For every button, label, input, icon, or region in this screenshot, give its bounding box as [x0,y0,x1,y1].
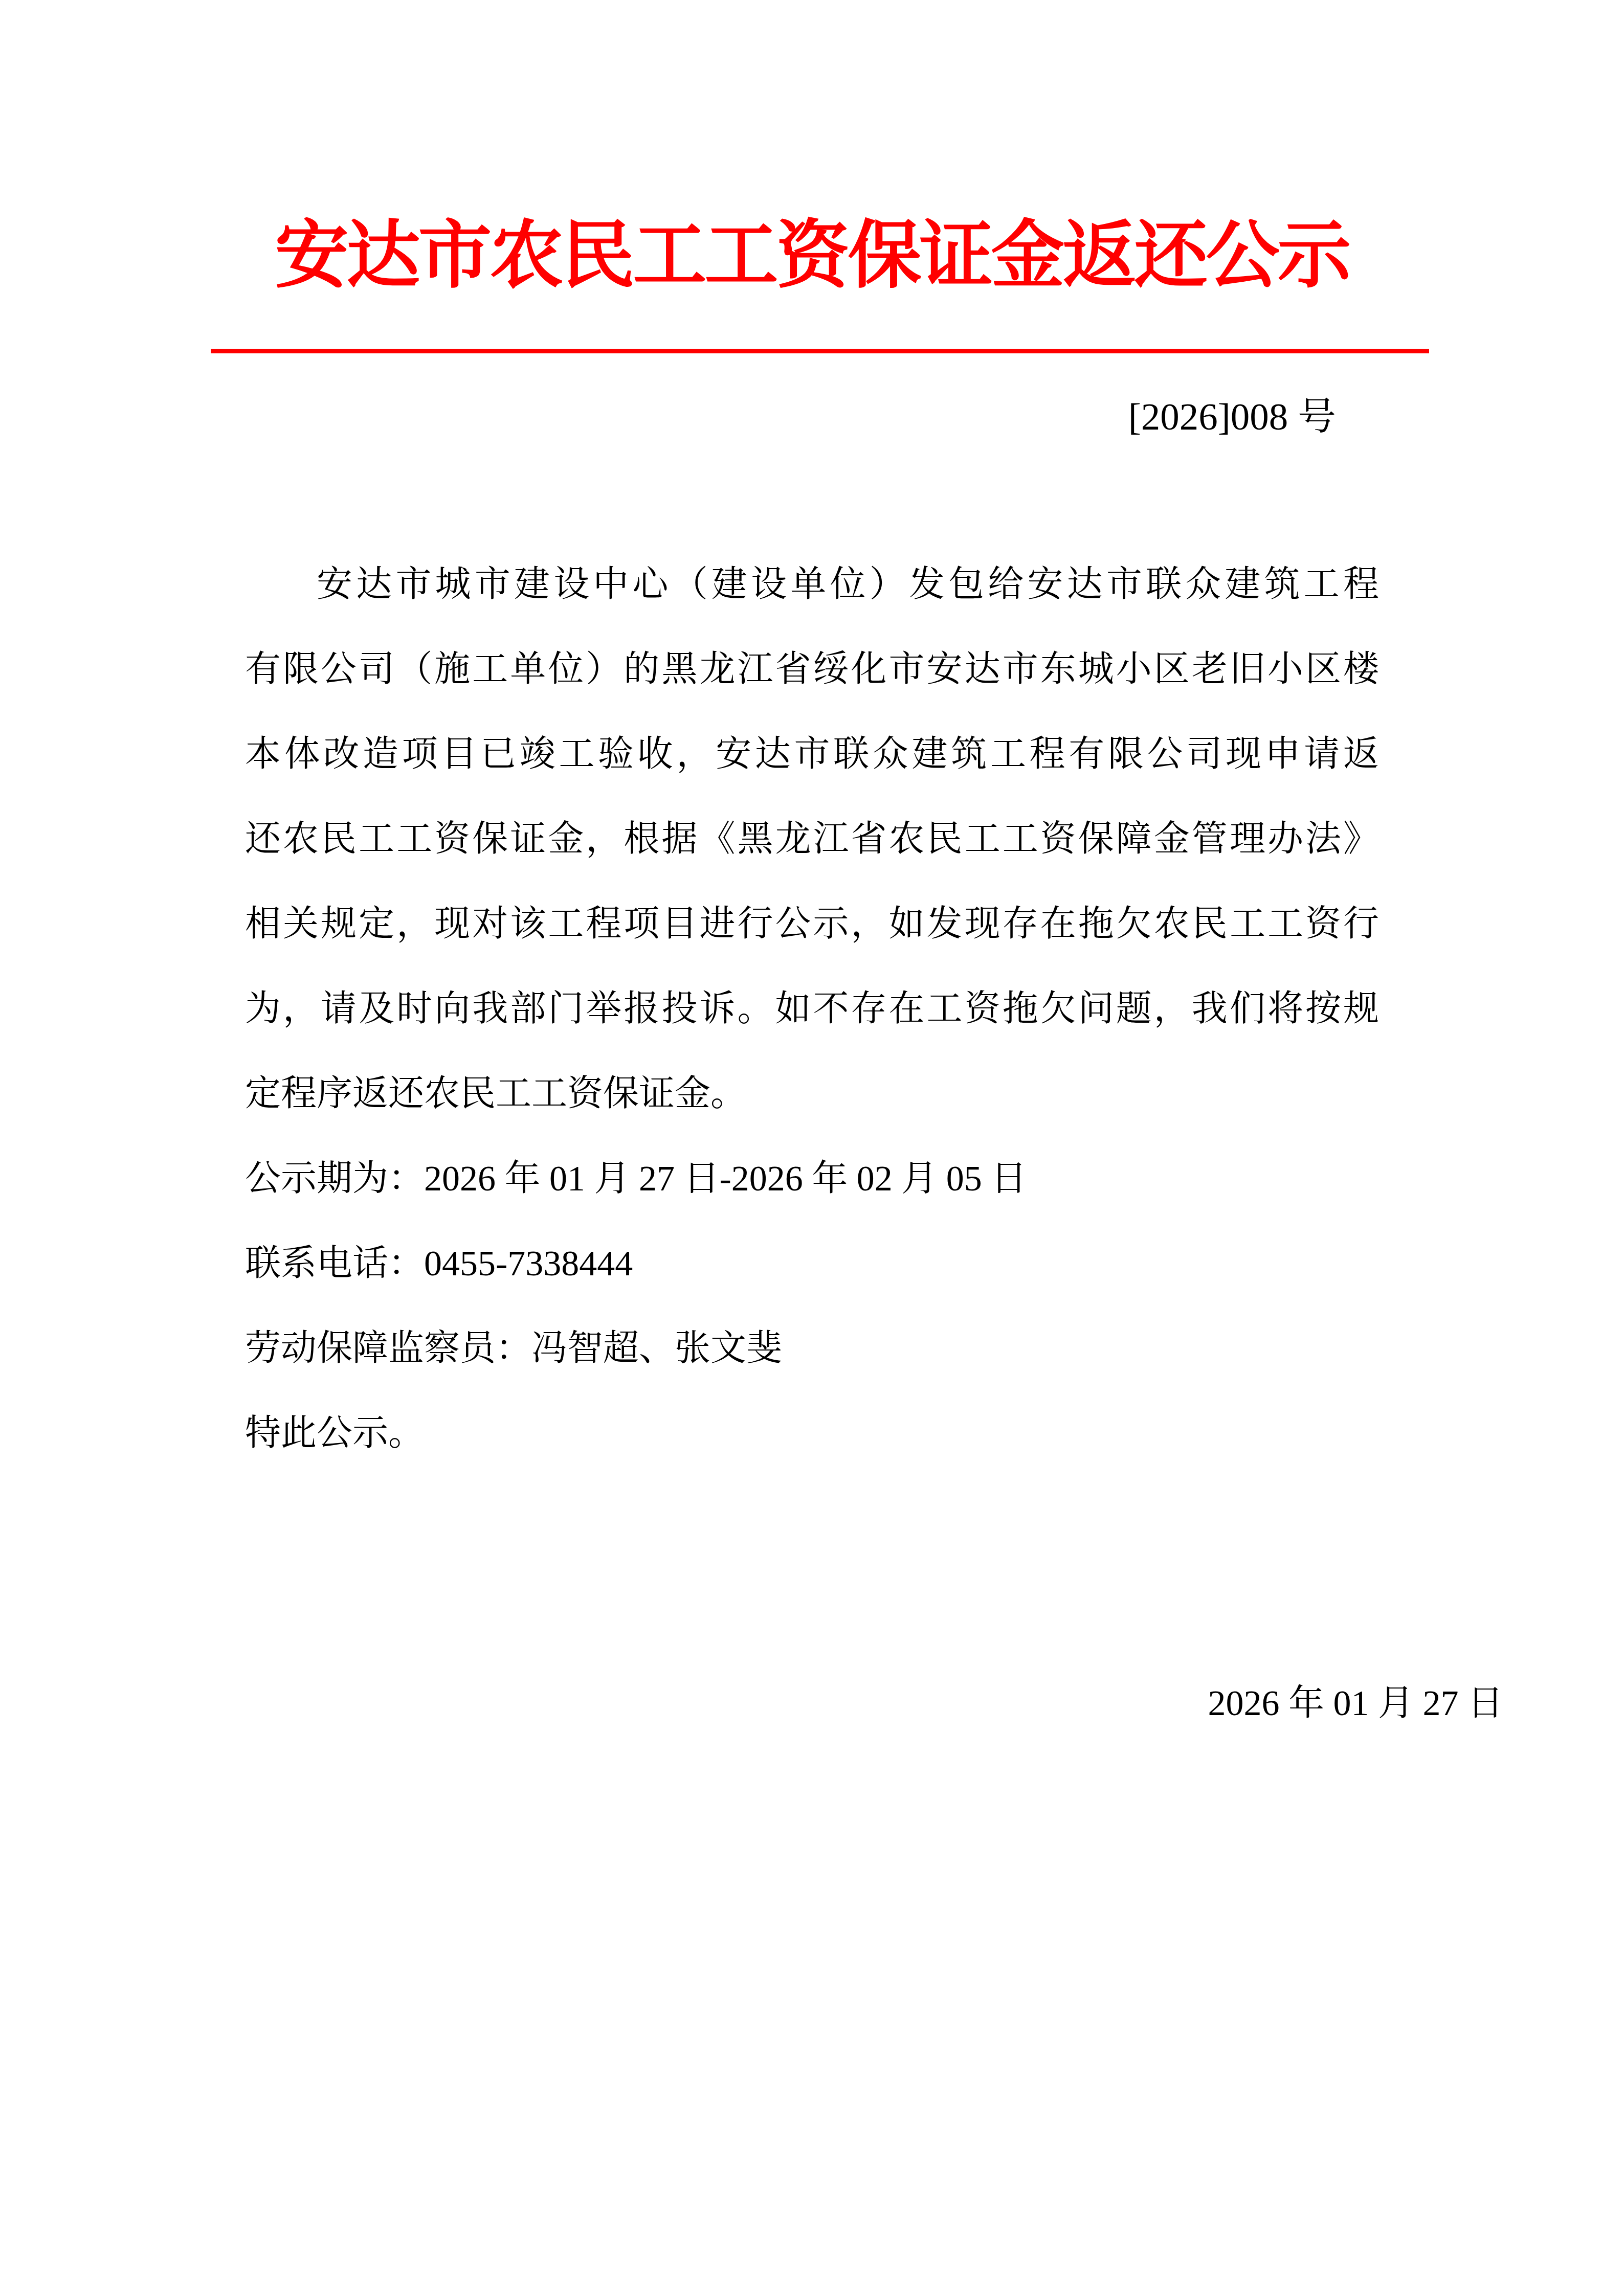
notice-title: 安达市农民工工资保证金返还公示 [0,205,1624,307]
issue-date: 2026 年 01 月 27 日 [0,1661,1624,1746]
paragraph-line: 相关规定，现对该工程项目进行公示，如发现存在拖欠农民工工资行 [245,882,1379,967]
contact-phone: 联系电话：0455-7338444 [245,1222,1379,1307]
publicity-period: 公示期为：2026 年 01 月 27 日-2026 年 02 月 05 日 [245,1137,1379,1222]
paragraph-line: 本体改造项目已竣工验收，安达市联众建筑工程有限公司现申请返 [245,712,1379,797]
paragraph-line: 还农民工工资保证金，根据《黑龙江省农民工工资保障金管理办法》 [245,797,1379,882]
notice-page: 安达市农民工工资保证金返还公示 [2026]008 号 安达市城市建设中心（建设… [0,0,1624,2296]
closing-statement: 特此公示。 [245,1391,1379,1476]
paragraph-line: 安达市城市建设中心（建设单位）发包给安达市联众建筑工程 [245,543,1379,627]
paragraph-line: 有限公司（施工单位）的黑龙江省绥化市安达市东城小区老旧小区楼 [245,627,1379,712]
paragraph-line: 定程序返还农民工工资保证金。 [245,1052,1379,1137]
doc-number: [2026]008 号 [0,389,1624,445]
paragraph-line: 为，请及时向我部门举报投诉。如不存在工资拖欠问题，我们将按规 [245,967,1379,1052]
labor-inspectors: 劳动保障监察员：冯智超、张文斐 [245,1307,1379,1391]
notice-body: 安达市城市建设中心（建设单位）发包给安达市联众建筑工程 有限公司（施工单位）的黑… [245,543,1379,1476]
title-divider-line [211,349,1429,353]
